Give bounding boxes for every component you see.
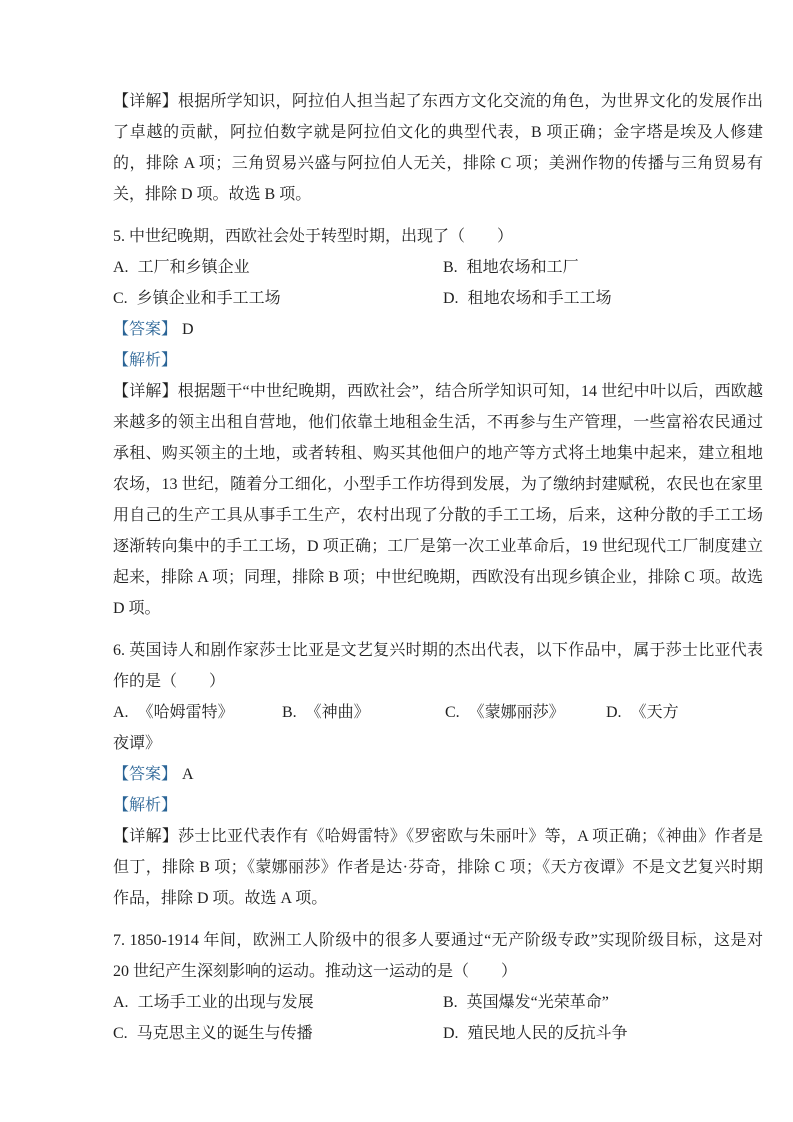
question-7: 7. 1850-1914 年间，欧洲工人阶级中的很多人要通过“无产阶级专政”实现…	[113, 925, 763, 1049]
question-6-options: A.《哈姆雷特》 B.《神曲》 C.《蒙娜丽莎》 D.《天方	[113, 697, 763, 728]
option-d-label: D.	[606, 704, 622, 721]
option-a-label: A.	[113, 994, 129, 1011]
option-a-label: A.	[113, 704, 129, 721]
option-c-text: 《蒙娜丽莎》	[469, 704, 565, 721]
question-6-stem: 6. 英国诗人和剧作家莎士比亚是文艺复兴时期的杰出代表，以下作品中，属于莎士比亚…	[113, 635, 763, 697]
option-a: A.工厂和乡镇企业	[113, 252, 443, 283]
detail-paragraph-q6: 【详解】莎士比亚代表作有《哈姆雷特》《罗密欧与朱丽叶》等，A 项正确；《神曲》作…	[113, 821, 763, 914]
option-b-text: 租地农场和工厂	[467, 259, 579, 276]
option-c: C.《蒙娜丽莎》	[445, 697, 606, 728]
answer-value: D	[182, 321, 194, 338]
option-b: B.英国爆发“光荣革命”	[443, 987, 763, 1018]
option-a-text: 《哈姆雷特》	[138, 704, 234, 721]
option-d: D.租地农场和手工工场	[443, 283, 763, 314]
option-b: B.《神曲》	[282, 697, 445, 728]
option-d-text-first-line: 《天方	[631, 704, 679, 721]
option-c: C.马克思主义的诞生与传播	[113, 1018, 443, 1049]
exam-content: 【详解】根据所学知识，阿拉伯人担当起了东西方文化交流的角色，为世界文化的发展作出…	[113, 86, 763, 1049]
answer-value: A	[182, 766, 194, 783]
option-b-label: B.	[443, 994, 458, 1011]
option-c-label: C.	[445, 704, 460, 721]
option-c-text: 马克思主义的诞生与传播	[137, 1025, 313, 1042]
analysis-label: 【解析】	[113, 797, 177, 814]
option-d-text-continuation: 夜谭》	[113, 728, 763, 759]
option-a-text: 工厂和乡镇企业	[138, 259, 250, 276]
option-b-text: 《神曲》	[306, 704, 370, 721]
answer-label: 【答案】	[113, 766, 177, 783]
option-a: A.工场手工业的出现与发展	[113, 987, 443, 1018]
option-b-label: B.	[443, 259, 458, 276]
option-d-label: D.	[443, 1025, 459, 1042]
question-7-options: A.工场手工业的出现与发展 B.英国爆发“光荣革命” C.马克思主义的诞生与传播…	[113, 987, 763, 1049]
option-b-label: B.	[282, 704, 297, 721]
question-7-stem: 7. 1850-1914 年间，欧洲工人阶级中的很多人要通过“无产阶级专政”实现…	[113, 925, 763, 987]
option-c-label: C.	[113, 290, 128, 307]
option-a: A.《哈姆雷特》	[113, 697, 282, 728]
question-5-analysis-line: 【解析】	[113, 345, 763, 376]
question-6: 6. 英国诗人和剧作家莎士比亚是文艺复兴时期的杰出代表，以下作品中，属于莎士比亚…	[113, 635, 763, 914]
option-c-label: C.	[113, 1025, 128, 1042]
option-d: D.殖民地人民的反抗斗争	[443, 1018, 763, 1049]
option-d: D.《天方	[606, 697, 763, 728]
option-a-label: A.	[113, 259, 129, 276]
option-c: C.乡镇企业和手工工场	[113, 283, 443, 314]
question-5-answer-line: 【答案】D	[113, 314, 763, 345]
option-d-text: 殖民地人民的反抗斗争	[468, 1025, 628, 1042]
option-d-text: 租地农场和手工工场	[468, 290, 612, 307]
document-page: 【详解】根据所学知识，阿拉伯人担当起了东西方文化交流的角色，为世界文化的发展作出…	[0, 0, 793, 1122]
option-a-text: 工场手工业的出现与发展	[138, 994, 314, 1011]
detail-paragraph-q5: 【详解】根据题干“中世纪晚期，西欧社会”，结合所学知识可知，14 世纪中叶以后，…	[113, 376, 763, 624]
detail-paragraph-q4: 【详解】根据所学知识，阿拉伯人担当起了东西方文化交流的角色，为世界文化的发展作出…	[113, 86, 763, 210]
question-6-analysis-line: 【解析】	[113, 790, 763, 821]
question-5-options: A.工厂和乡镇企业 B.租地农场和工厂 C.乡镇企业和手工工场 D.租地农场和手…	[113, 252, 763, 314]
question-5: 5. 中世纪晚期，西欧社会处于转型时期，出现了（ ） A.工厂和乡镇企业 B.租…	[113, 221, 763, 624]
option-c-text: 乡镇企业和手工工场	[137, 290, 281, 307]
option-b-text: 英国爆发“光荣革命”	[467, 994, 609, 1011]
analysis-label: 【解析】	[113, 352, 177, 369]
question-6-answer-line: 【答案】A	[113, 759, 763, 790]
option-d-label: D.	[443, 290, 459, 307]
answer-label: 【答案】	[113, 321, 177, 338]
option-b: B.租地农场和工厂	[443, 252, 763, 283]
question-5-stem: 5. 中世纪晚期，西欧社会处于转型时期，出现了（ ）	[113, 221, 763, 252]
